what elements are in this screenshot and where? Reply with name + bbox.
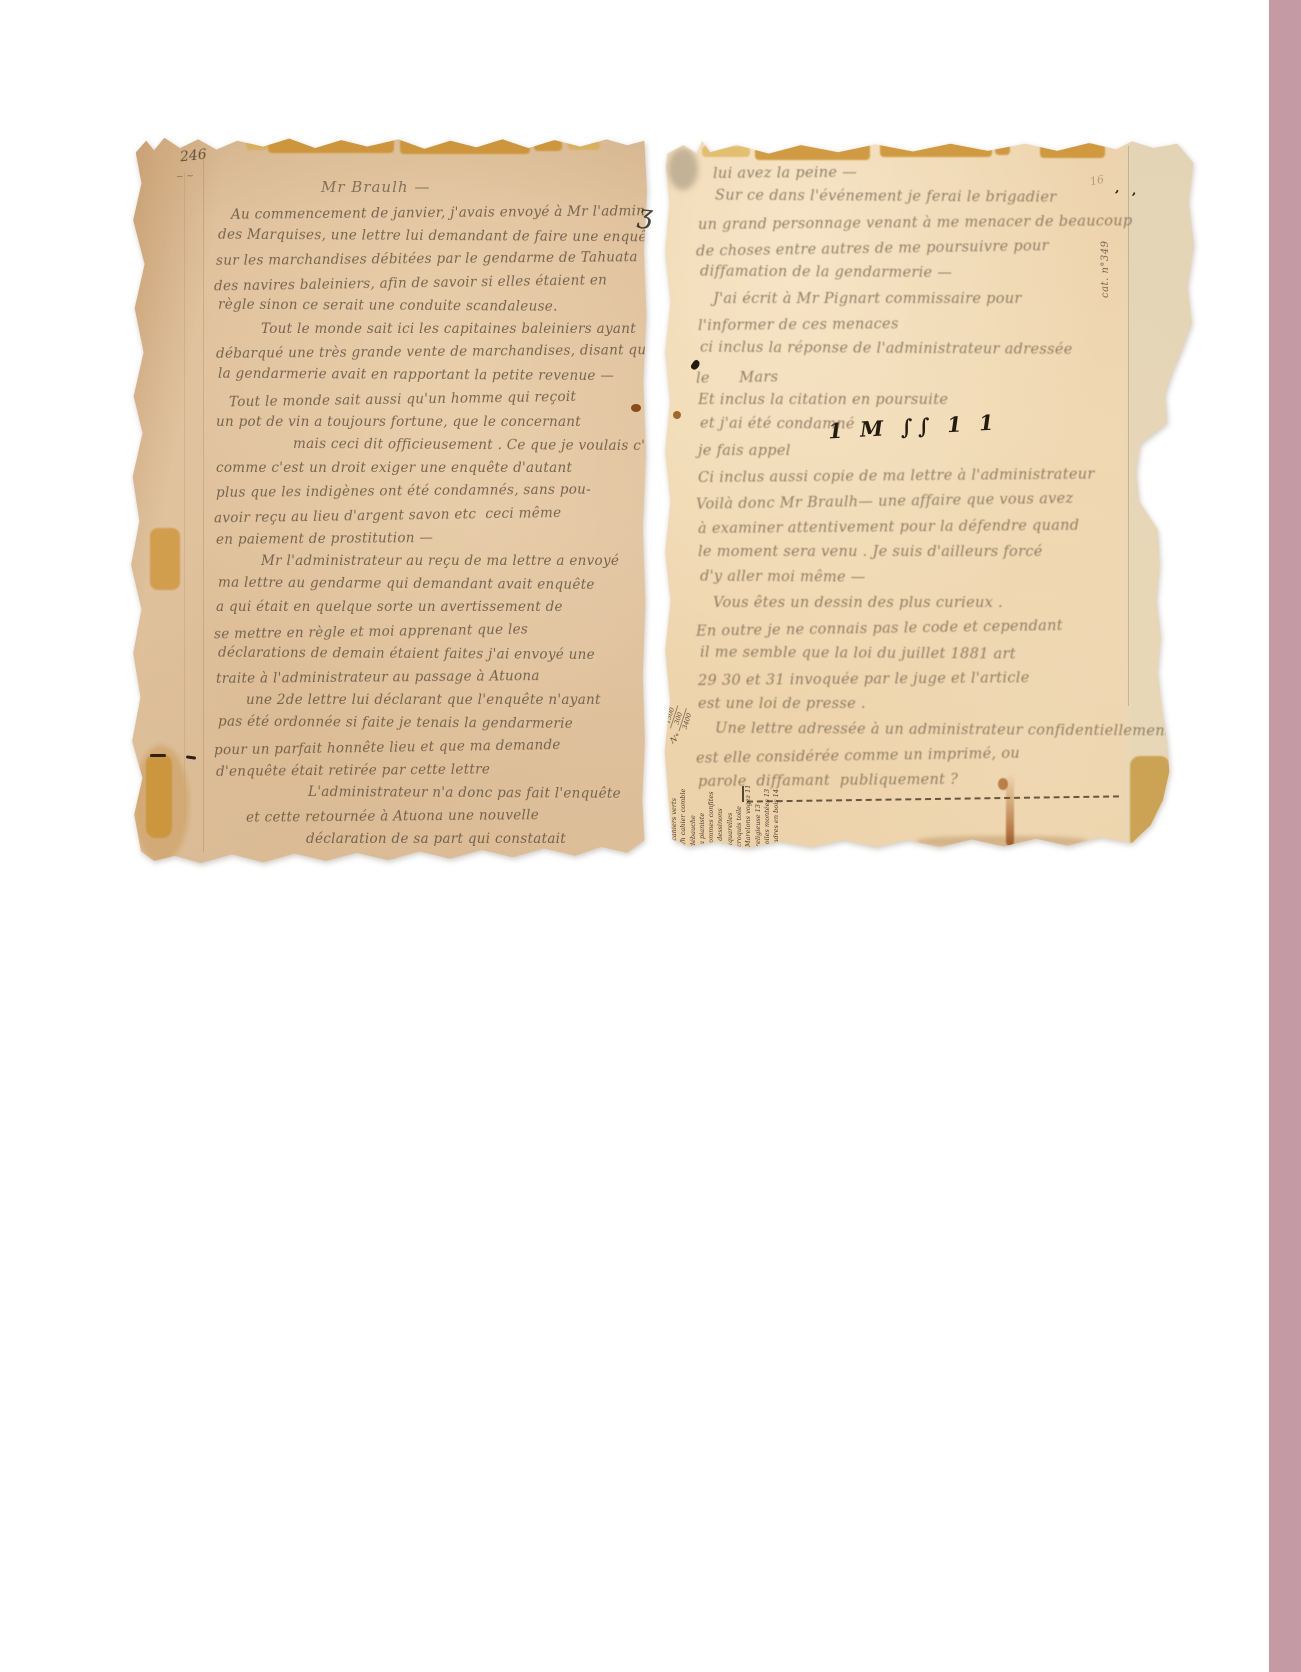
handwritten-line: a qui était en quelque sorte un avertiss… xyxy=(216,596,652,619)
footnote-item: Marelons vogez 11 xyxy=(744,785,753,847)
footnote-item: toiles montées 13 xyxy=(763,785,772,847)
tape-stain xyxy=(150,528,180,590)
handwritten-line: un pot de vin a toujours fortune, que le… xyxy=(216,411,652,434)
margin-figures-stack: 1500 300 3400 xyxy=(662,686,707,736)
handwritten-line: Mr l'administrateur au reçu de ma lettre… xyxy=(261,550,652,573)
fold-crease xyxy=(184,172,185,822)
tape-stain xyxy=(702,146,750,157)
handwritten-line: d'enquête était retirée par cette lettre xyxy=(216,757,652,784)
handwritten-line: Et inclus la citation en poursuite xyxy=(698,388,1168,413)
footnote-item: débauche xyxy=(689,785,698,847)
handwritten-line: 29 30 et 31 invoquée par le juge et l'ar… xyxy=(698,665,1168,694)
handwritten-line: ma lettre au gendarme qui demandant avai… xyxy=(218,572,654,598)
footnote-item: s/h cahier comble xyxy=(679,785,688,847)
smudge-stain xyxy=(668,148,698,190)
handwritten-line: et j'ai été condamné xyxy=(700,412,1170,440)
handwritten-line: Au commencement de janvier, j'avais envo… xyxy=(231,200,652,227)
pink-border-stripe xyxy=(1269,0,1301,1672)
ink-dash xyxy=(186,755,196,759)
handwritten-line: une 2de lettre lui déclarant que l'enquê… xyxy=(246,689,652,712)
margin-figures: 1500 300 3400 xyxy=(668,690,702,732)
fold-crease xyxy=(203,152,204,852)
handwritten-line: L'administrateur n'a donc pas fait l'enq… xyxy=(308,781,654,806)
left-page-heading: Mr Braulh — xyxy=(321,172,652,202)
handwritten-line: et cette retournée à Atuona une nouvelle xyxy=(246,804,652,831)
margin-squiggle: ʒ xyxy=(636,199,654,230)
handwritten-line: que ma 3me lettre n'annulait pas, xyxy=(334,849,650,877)
tape-stain xyxy=(268,137,394,153)
handwritten-line: Sur ce dans l'événement je ferai le brig… xyxy=(715,184,1170,212)
tape-stain xyxy=(146,754,172,838)
footnote-item: 2 dessinons xyxy=(716,785,725,847)
right-page-paper: 16 ’ ’ cat. n°349 1 M ∫∫ 1 1 lui avez la… xyxy=(662,138,1196,850)
right-page-text-block: lui avez la peine —Sur ce dans l'événeme… xyxy=(698,160,1168,794)
footnote-item: aquarelles xyxy=(726,785,735,847)
footnote-item: pommes confites xyxy=(707,785,716,847)
handwritten-line: Tout le monde sait ici les capitaines ba… xyxy=(261,318,652,341)
handwritten-line: mais ceci dit officieusement . Ce que je… xyxy=(293,433,654,458)
handwritten-line: le Mars xyxy=(696,359,1166,392)
pencil-scribble: ~ ~ xyxy=(176,171,195,182)
tape-stain xyxy=(1040,143,1105,158)
handwritten-line: J'ai écrit à Mr Pignart commissaire pour xyxy=(713,287,1168,312)
footnote-item: religieuse 13 xyxy=(754,785,763,847)
handwritten-line: déclaration de sa part qui constatait xyxy=(306,828,652,851)
left-manuscript-page: 246 ~ ~ Mr Braulh — Au commencement de j… xyxy=(128,132,648,866)
paper-stain xyxy=(917,836,1087,848)
tape-stain xyxy=(1130,756,1170,850)
rust-spot xyxy=(673,411,681,419)
footnote-item: 2 cahiers verts xyxy=(670,785,679,847)
tape-stain xyxy=(400,138,530,154)
rotated-footnote-list: 2 cahiers vertss/h cahier combledébauche… xyxy=(668,784,784,848)
right-manuscript-page: 16 ’ ’ cat. n°349 1 M ∫∫ 1 1 lui avez la… xyxy=(662,138,1196,850)
left-page-text-block: Mr Braulh — Au commencement de janvier, … xyxy=(216,172,652,875)
scan-background: 246 ~ ~ Mr Braulh — Au commencement de j… xyxy=(0,0,1301,1672)
rust-spot xyxy=(998,778,1008,790)
handwritten-line: traite à l'administrateur au passage à A… xyxy=(216,664,652,691)
tape-stain xyxy=(568,141,600,150)
right-page-lines: lui avez la peine —Sur ce dans l'événeme… xyxy=(698,160,1168,794)
handwritten-line: il me semble que la loi du juillet 1881 … xyxy=(700,640,1170,668)
handwritten-line: est une loi de presse . xyxy=(698,692,1168,717)
handwritten-line: le moment sera venu . Je suis d'ailleurs… xyxy=(698,540,1168,565)
margin-no-label: N° xyxy=(668,732,682,746)
left-page-lines: Au commencement de janvier, j'avais envo… xyxy=(216,202,652,875)
tape-stain xyxy=(880,141,992,157)
handwritten-line: diffamation de la gendarmerie — xyxy=(700,260,1170,288)
footnote-item: croquis toile xyxy=(735,785,744,847)
handwritten-line: lui avez la peine — xyxy=(713,158,1168,187)
tape-stain xyxy=(755,143,870,160)
tape-stain xyxy=(534,140,562,151)
pencil-page-number: 246 xyxy=(179,147,207,166)
footnote-item: la pianiste xyxy=(698,785,707,847)
tape-stain xyxy=(995,143,1010,155)
dashed-scribble-line xyxy=(747,795,1119,802)
handwritten-line: en paiement de prostitution — xyxy=(216,525,652,552)
handwritten-line: règle sinon ce serait une conduite scand… xyxy=(218,293,654,319)
handwritten-line: d'y aller moi même — xyxy=(700,564,1170,592)
handwritten-line: déclarations de demain étaient faites j'… xyxy=(218,642,654,668)
tape-stain xyxy=(246,138,268,150)
left-page-paper: 246 ~ ~ Mr Braulh — Au commencement de j… xyxy=(128,132,648,866)
handwritten-line: comme c'est un droit exiger une enquête … xyxy=(216,457,652,480)
handwritten-line: je fais appel xyxy=(698,439,1168,464)
handwritten-line: à examiner attentivement pour la défendr… xyxy=(698,513,1168,542)
footnote-items: 2 cahiers vertss/h cahier combledébauche… xyxy=(670,785,782,847)
handwritten-line: Tout le monde sait aussi qu'un homme qui… xyxy=(229,384,650,414)
ink-dash xyxy=(150,754,166,757)
footnote-item: cadres en bois 14 xyxy=(772,785,781,847)
